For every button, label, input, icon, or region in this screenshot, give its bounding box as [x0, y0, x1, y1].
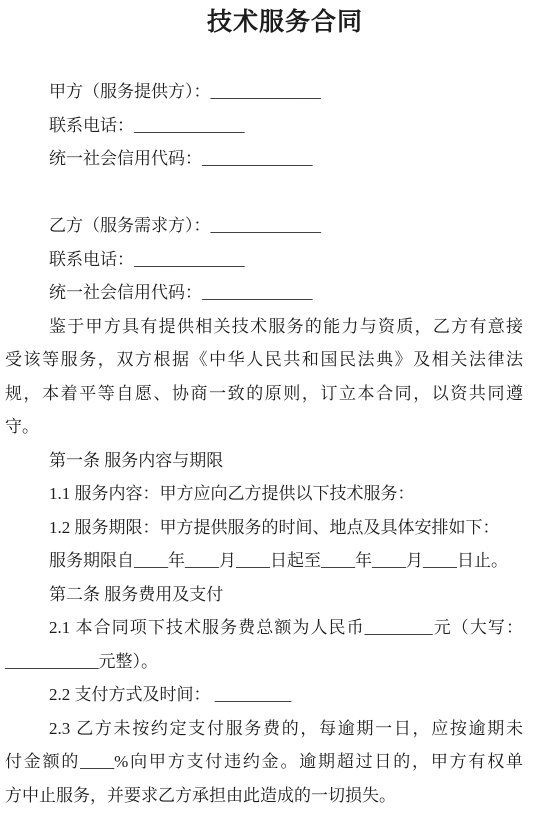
clause-1-1-line: 1.1 服务内容：甲方应向乙方提供以下技术服务： — [5, 477, 523, 511]
party-b-name-line: 乙方（服务需求方）：_____________ — [5, 209, 523, 243]
service-period-line: 服务期限自____年____月____日起至____年____月____日止。 — [5, 544, 523, 578]
party-a-name-line: 甲方（服务提供方）：_____________ — [5, 75, 523, 109]
clause-2-3-line-1: 2.3 乙方未按约定支付服务费的，每逾期一日，应按逾期未 — [5, 712, 523, 746]
clause-2-3-line-2: 付金额的____%向甲方支付违约金。逾期超过日的，甲方有权单 — [5, 745, 523, 779]
contract-page: 技术服务合同 甲方（服务提供方）：_____________ 联系电话：____… — [0, 0, 536, 823]
clause-2-2-line: 2.2 支付方式及时间： _________ — [5, 678, 523, 712]
preamble-line-4: 守。 — [5, 410, 523, 444]
article-1-heading: 第一条 服务内容与期限 — [5, 444, 523, 478]
contract-title: 技术服务合同 — [26, 5, 536, 40]
clause-2-1-line-2: ___________元整）。 — [5, 645, 523, 679]
article-2-heading: 第二条 服务费用及支付 — [5, 578, 523, 612]
blank-line-separator — [5, 176, 523, 210]
party-a-credit-code-line: 统一社会信用代码：_____________ — [5, 142, 523, 176]
party-b-phone-line: 联系电话：_____________ — [5, 243, 523, 277]
clause-2-3-line-3: 方中止服务，并要求乙方承担由此造成的一切损失。 — [5, 779, 523, 813]
preamble-line-3: 规，本着平等自愿、协商一致的原则，订立本合同，以资共同遵 — [5, 377, 523, 411]
party-b-credit-code-line: 统一社会信用代码：_____________ — [5, 276, 523, 310]
preamble-line-1: 鉴于甲方具有提供相关技术服务的能力与资质，乙方有意接 — [5, 310, 523, 344]
clause-2-1-line-1: 2.1 本合同项下技术服务费总额为人民币________元（大写： — [5, 611, 523, 645]
clause-1-2-line: 1.2 服务期限：甲方提供服务的时间、地点及具体安排如下： — [5, 511, 523, 545]
preamble-line-2: 受该等服务，双方根据《中华人民共和国民法典》及相关法律法 — [5, 343, 523, 377]
party-a-phone-line: 联系电话：_____________ — [5, 109, 523, 143]
